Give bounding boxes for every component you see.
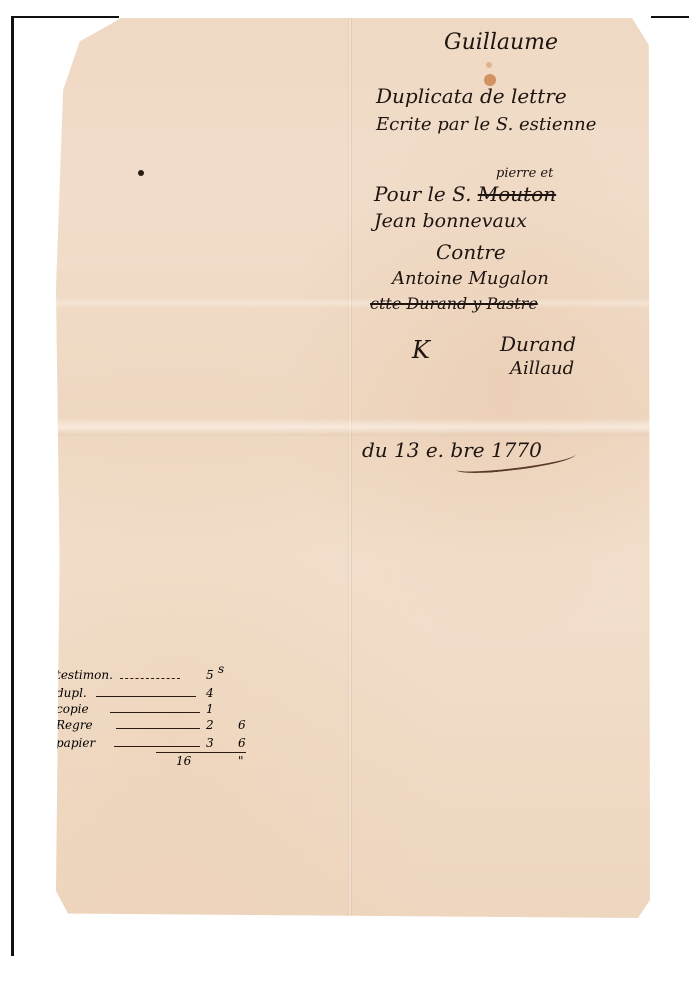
manuscript-sheet: Guillaume Duplicata de lettre Ecrite par… <box>56 18 650 918</box>
scan-border-left <box>11 16 14 956</box>
pour-struck-name: Mouton <box>478 182 556 206</box>
ledger-row: Regre 2 6 <box>56 718 256 736</box>
endorsement-title-line1: Duplicata de lettre <box>376 84 567 108</box>
ledger-rule <box>110 712 200 713</box>
ledger-row: testimon. 5 s <box>56 668 256 686</box>
ledger-sub: 6 <box>238 718 246 732</box>
ledger-sub: s <box>218 662 224 676</box>
ledger-label: testimon. <box>56 668 113 682</box>
ledger-amount: 4 <box>206 686 214 700</box>
endorsement-name-heading: Guillaume <box>444 30 558 55</box>
endorsement-pour-line: Pour le S. Mouton <box>374 182 556 206</box>
horizontal-fold-upper <box>56 298 650 308</box>
paper-spot <box>138 170 144 176</box>
ledger-total-amount: 16 <box>176 754 191 768</box>
endorsement-mark: K <box>412 336 430 364</box>
ink-stain-small <box>486 62 492 68</box>
ledger-total-row: 16 " <box>56 754 256 772</box>
ledger-total-rule <box>156 752 246 753</box>
ledger-amount: 1 <box>206 702 214 716</box>
endorsement-antoine-line: Antoine Mugalon <box>392 268 549 289</box>
ledger-rule <box>114 746 200 747</box>
scan-border-top <box>11 16 119 18</box>
endorsement-jean-line: Jean bonnevaux <box>374 210 527 232</box>
ledger-label: papier <box>56 736 95 750</box>
endorsement-title-line2: Ecrite par le S. estienne <box>376 114 596 135</box>
ledger-rule <box>116 728 200 729</box>
ledger-rule <box>96 696 196 697</box>
pour-text: Pour le S. <box>374 182 478 206</box>
endorsement-signature-line1: Durand <box>500 332 576 356</box>
ledger-sub: 6 <box>238 736 246 750</box>
ledger-amount: 5 <box>206 668 214 682</box>
ledger-amount: 2 <box>206 718 214 732</box>
ledger-label: copie <box>56 702 89 716</box>
ledger-label: dupl. <box>56 686 87 700</box>
ledger-rule <box>120 678 180 679</box>
scan-border-top-right <box>651 16 689 18</box>
ledger-total-sub: " <box>238 754 244 768</box>
endorsement-signature-line2: Aillaud <box>510 358 574 379</box>
vertical-fold <box>348 18 352 918</box>
endorsement-struck-line: ctte Durand y Pastre <box>370 294 538 313</box>
endorsement-pour-insert: pierre et <box>496 166 553 181</box>
horizontal-fold <box>56 418 650 436</box>
ledger-amount: 3 <box>206 736 214 750</box>
ledger-label: Regre <box>56 718 93 732</box>
endorsement-contre: Contre <box>436 240 506 264</box>
